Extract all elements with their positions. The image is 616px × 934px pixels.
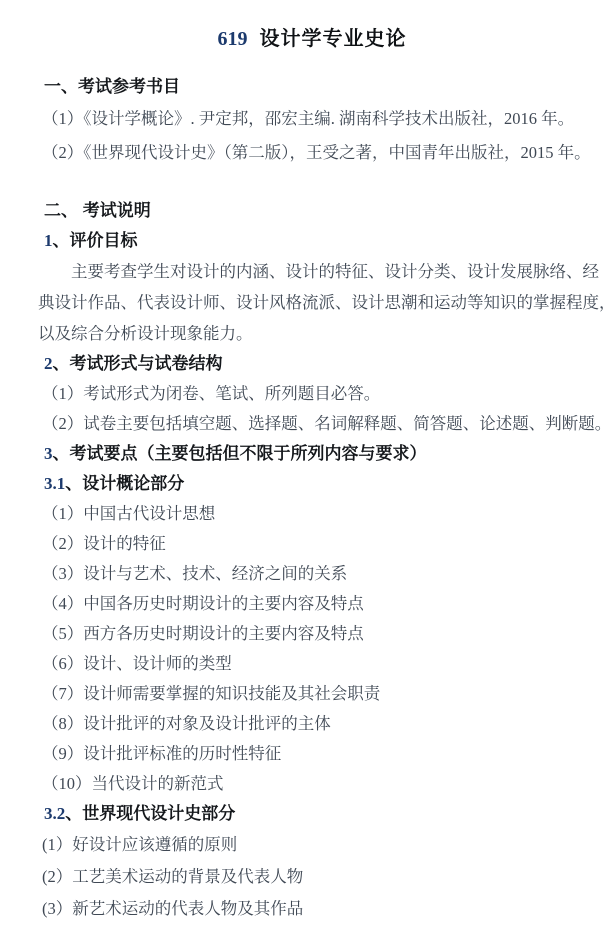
points-item: （6）设计、设计师的类型 bbox=[42, 649, 586, 679]
paragraph-line: 以及综合分析设计现象能力。 bbox=[38, 318, 586, 349]
points-item: （2）设计的特征 bbox=[42, 529, 586, 559]
points-item: (2）工艺美术运动的背景及代表人物 bbox=[42, 861, 586, 893]
points-item: （5）西方各历史时期设计的主要内容及特点 bbox=[42, 619, 586, 649]
points-item: (1）好设计应该遵循的原则 bbox=[42, 829, 586, 861]
heading-number: 3.2 bbox=[44, 804, 65, 823]
heading-evaluation-goal: 1、评价目标 bbox=[44, 226, 586, 256]
heading-part-design-theory: 3.1、设计概论部分 bbox=[44, 469, 586, 499]
heading-number: 3.1 bbox=[44, 474, 65, 493]
heading-part-modern-design-history: 3.2、世界现代设计史部分 bbox=[44, 799, 586, 829]
points-item: (3）新艺术运动的代表人物及其作品 bbox=[42, 893, 586, 925]
paragraph-line: 典设计作品、代表设计师、设计风格流派、设计思潮和运动等知识的掌握程度， bbox=[38, 287, 586, 318]
heading-reference-books: 一、考试参考书目 bbox=[44, 72, 586, 102]
format-item: （1）考试形式为闭卷、笔试、所列题目必答。 bbox=[42, 379, 586, 409]
heading-number: 2 bbox=[44, 354, 53, 373]
format-item: （2）试卷主要包括填空题、选择题、名词解释题、简答题、论述题、判断题。 bbox=[42, 409, 586, 439]
paragraph-line: 主要考查学生对设计的内涵、设计的特征、设计分类、设计发展脉络、经 bbox=[38, 256, 586, 287]
reference-book-item: （1）《设计学概论》. 尹定邦，邵宏主编. 湖南科学技术出版社，2016 年。 bbox=[42, 102, 586, 136]
heading-number: 1 bbox=[44, 231, 53, 250]
points-item: （1）中国古代设计思想 bbox=[42, 499, 586, 529]
heading-exam-description: 二、 考试说明 bbox=[44, 196, 586, 226]
document-page: 619设计学专业史论 一、考试参考书目 （1）《设计学概论》. 尹定邦，邵宏主编… bbox=[0, 0, 616, 934]
heading-number: 3 bbox=[44, 444, 53, 463]
points-item: （4）中国各历史时期设计的主要内容及特点 bbox=[42, 589, 586, 619]
points-item: （8）设计批评的对象及设计批评的主体 bbox=[42, 709, 586, 739]
points-item: （3）设计与艺术、技术、经济之间的关系 bbox=[42, 559, 586, 589]
evaluation-paragraph: 主要考查学生对设计的内涵、设计的特征、设计分类、设计发展脉络、经 典设计作品、代… bbox=[38, 256, 586, 349]
heading-exam-points: 3、考试要点（主要包括但不限于所列内容与要求） bbox=[44, 439, 586, 469]
points-item: （9）设计批评标准的历时性特征 bbox=[42, 739, 586, 769]
heading-exam-format: 2、考试形式与试卷结构 bbox=[44, 349, 586, 379]
points-item: （10）当代设计的新范式 bbox=[42, 769, 586, 799]
points-item: （7）设计师需要掌握的知识技能及其社会职责 bbox=[42, 679, 586, 709]
page-title: 619设计学专业史论 bbox=[38, 24, 586, 54]
subject-code: 619 bbox=[218, 28, 248, 50]
reference-book-item: （2）《世界现代设计史》（第二版），王受之著，中国青年出版社，2015 年。 bbox=[42, 136, 586, 170]
subject-name: 设计学专业史论 bbox=[260, 28, 407, 50]
